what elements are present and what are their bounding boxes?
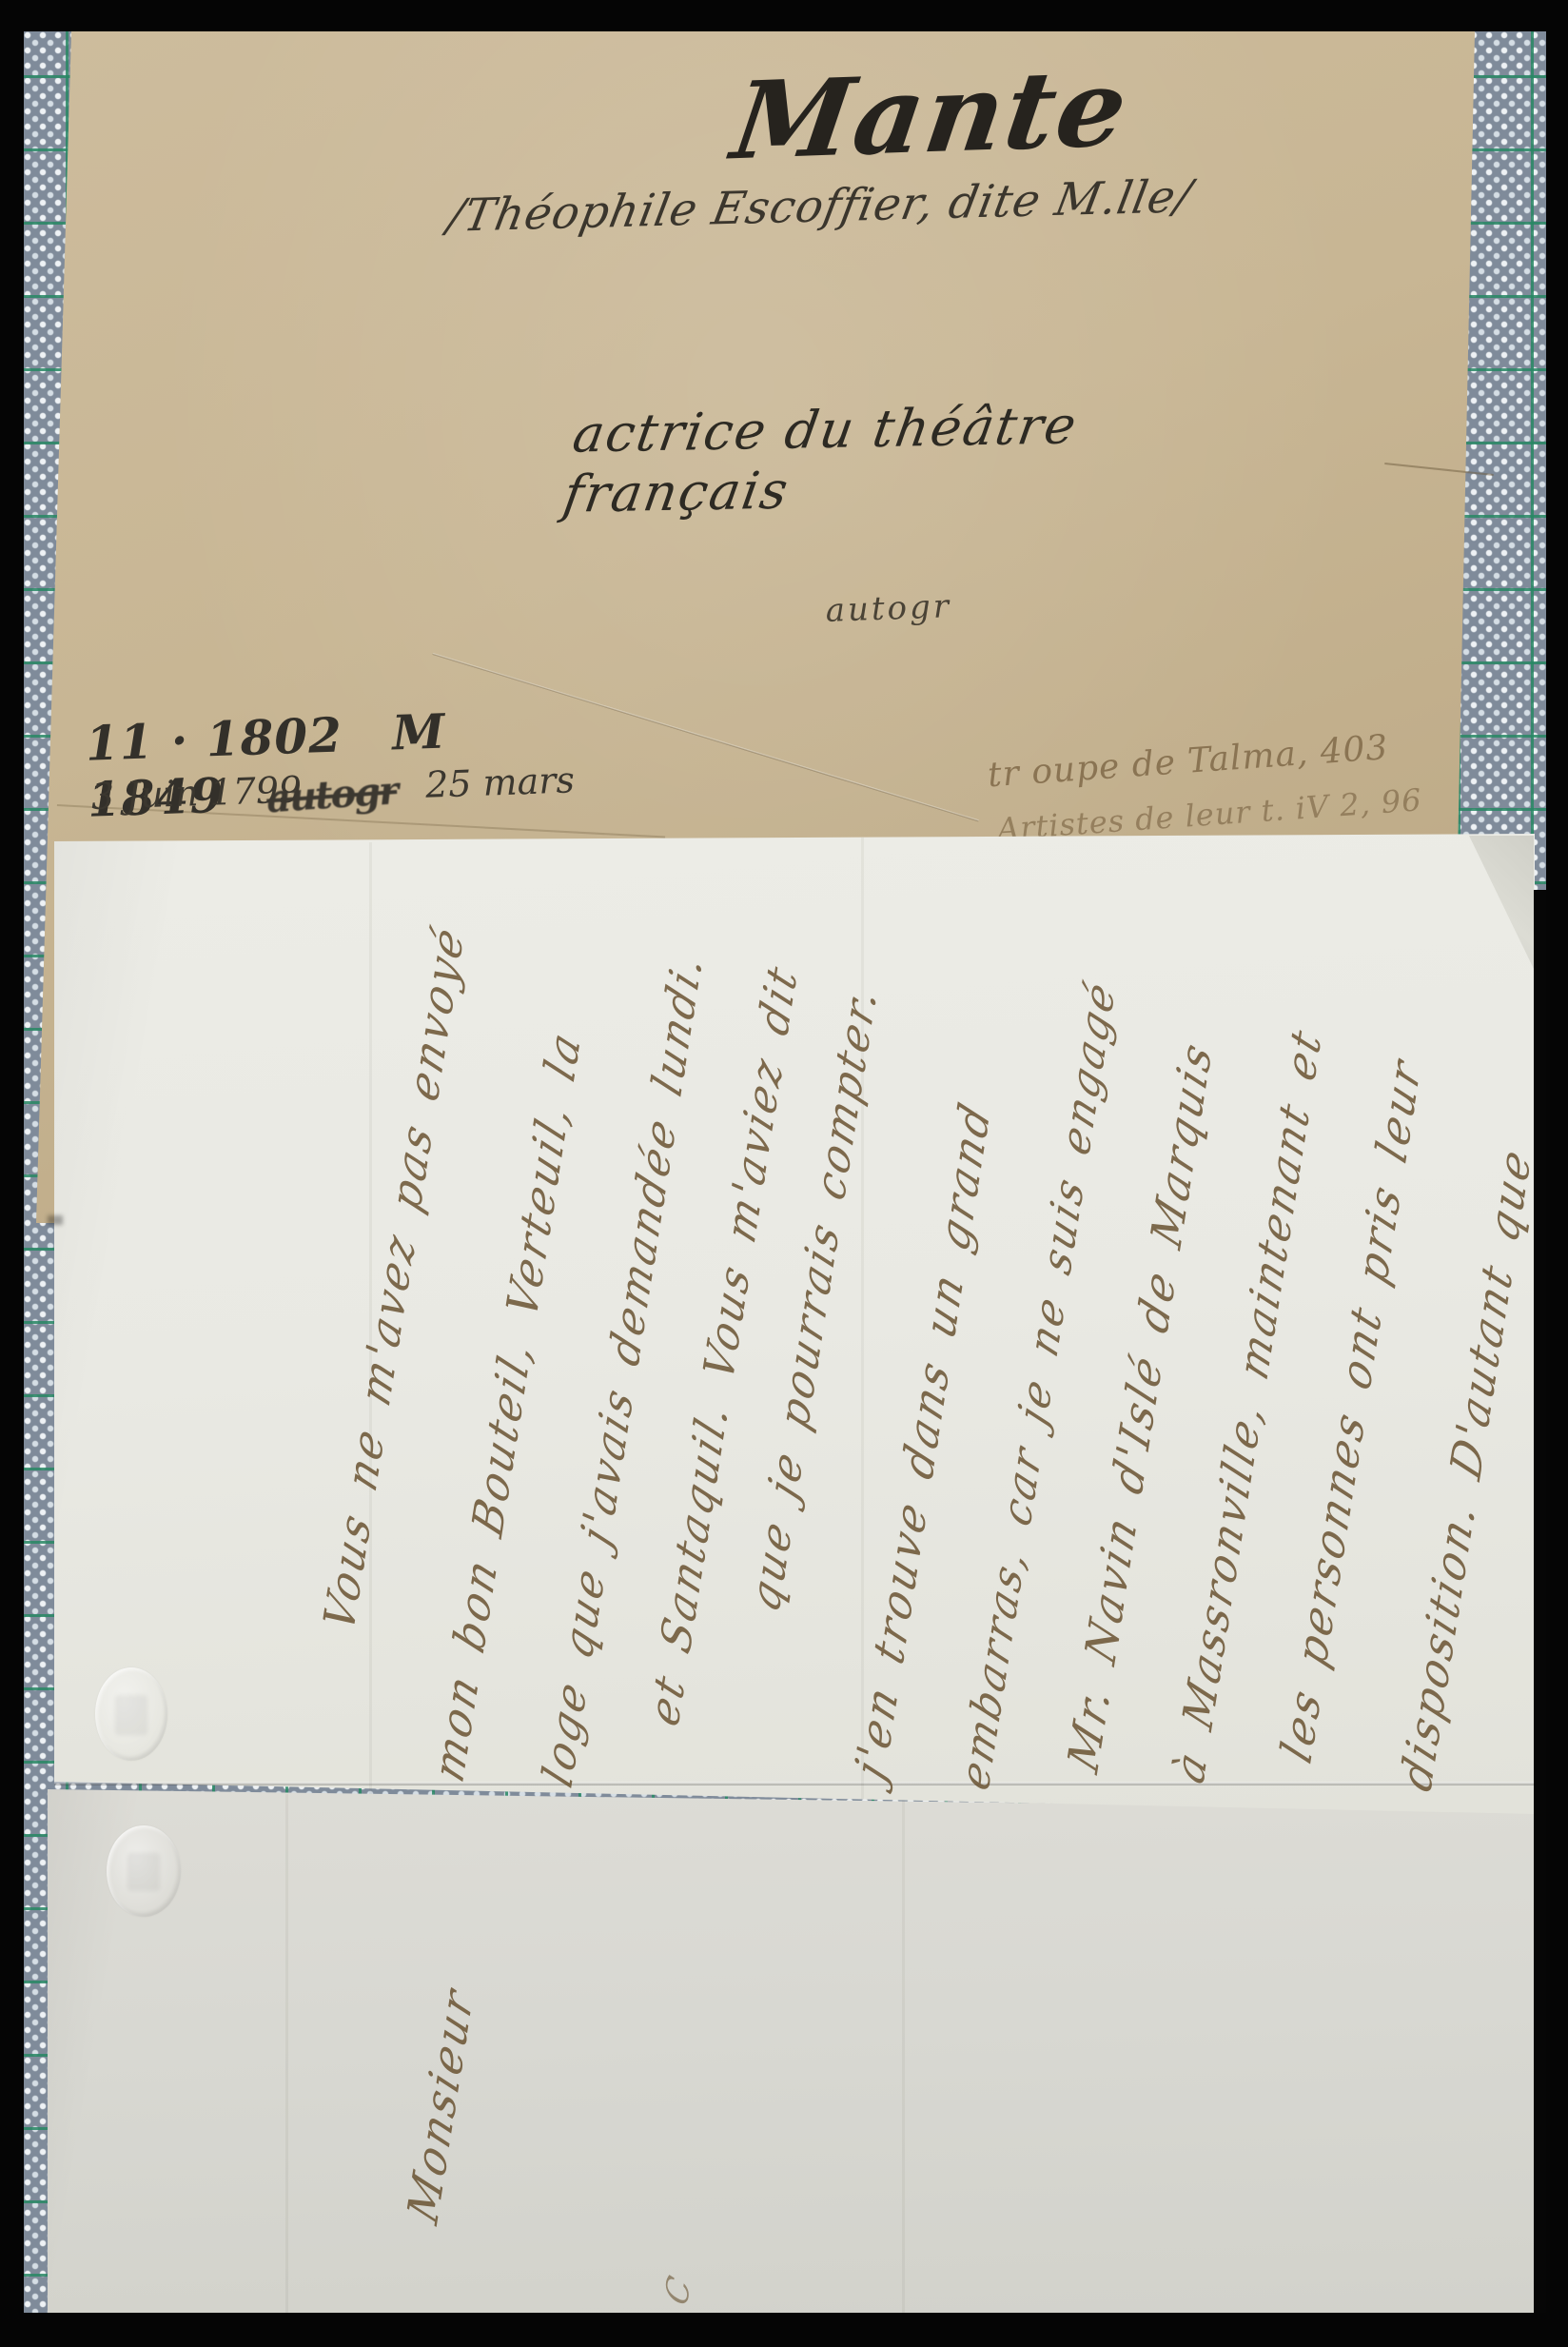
stamp-relief: [127, 1853, 160, 1891]
birth-date: 11 · 1802: [85, 706, 343, 771]
paper-edge-shadow: [48, 1215, 63, 1225]
photo-border-bottom: [0, 2313, 1568, 2347]
paper-crease: [285, 1794, 288, 2313]
paper-crease: [902, 1799, 905, 2313]
blind-embossed-stamp: [107, 1825, 181, 1917]
photo-of-archive-documents: { "document_photo": { "background": { "m…: [0, 0, 1568, 2347]
letter-bottom-edge: [54, 1782, 1535, 1785]
cover-role-line: actrice du théâtre français: [563, 391, 1302, 500]
photo-border-top: [0, 0, 1568, 31]
death-date-day: 25 mars: [424, 759, 575, 805]
stamp-relief: [115, 1695, 147, 1734]
cover-autograph-note: autogr: [825, 584, 1036, 649]
photo-border-left: [0, 0, 24, 2347]
initial-m: M: [391, 703, 446, 761]
second-sheet-paper: [48, 1785, 1543, 2315]
birth-date-full: 3 Juin 1799: [90, 768, 303, 818]
photo-border-right: [1546, 0, 1568, 2347]
blind-embossed-stamp: [95, 1667, 167, 1761]
